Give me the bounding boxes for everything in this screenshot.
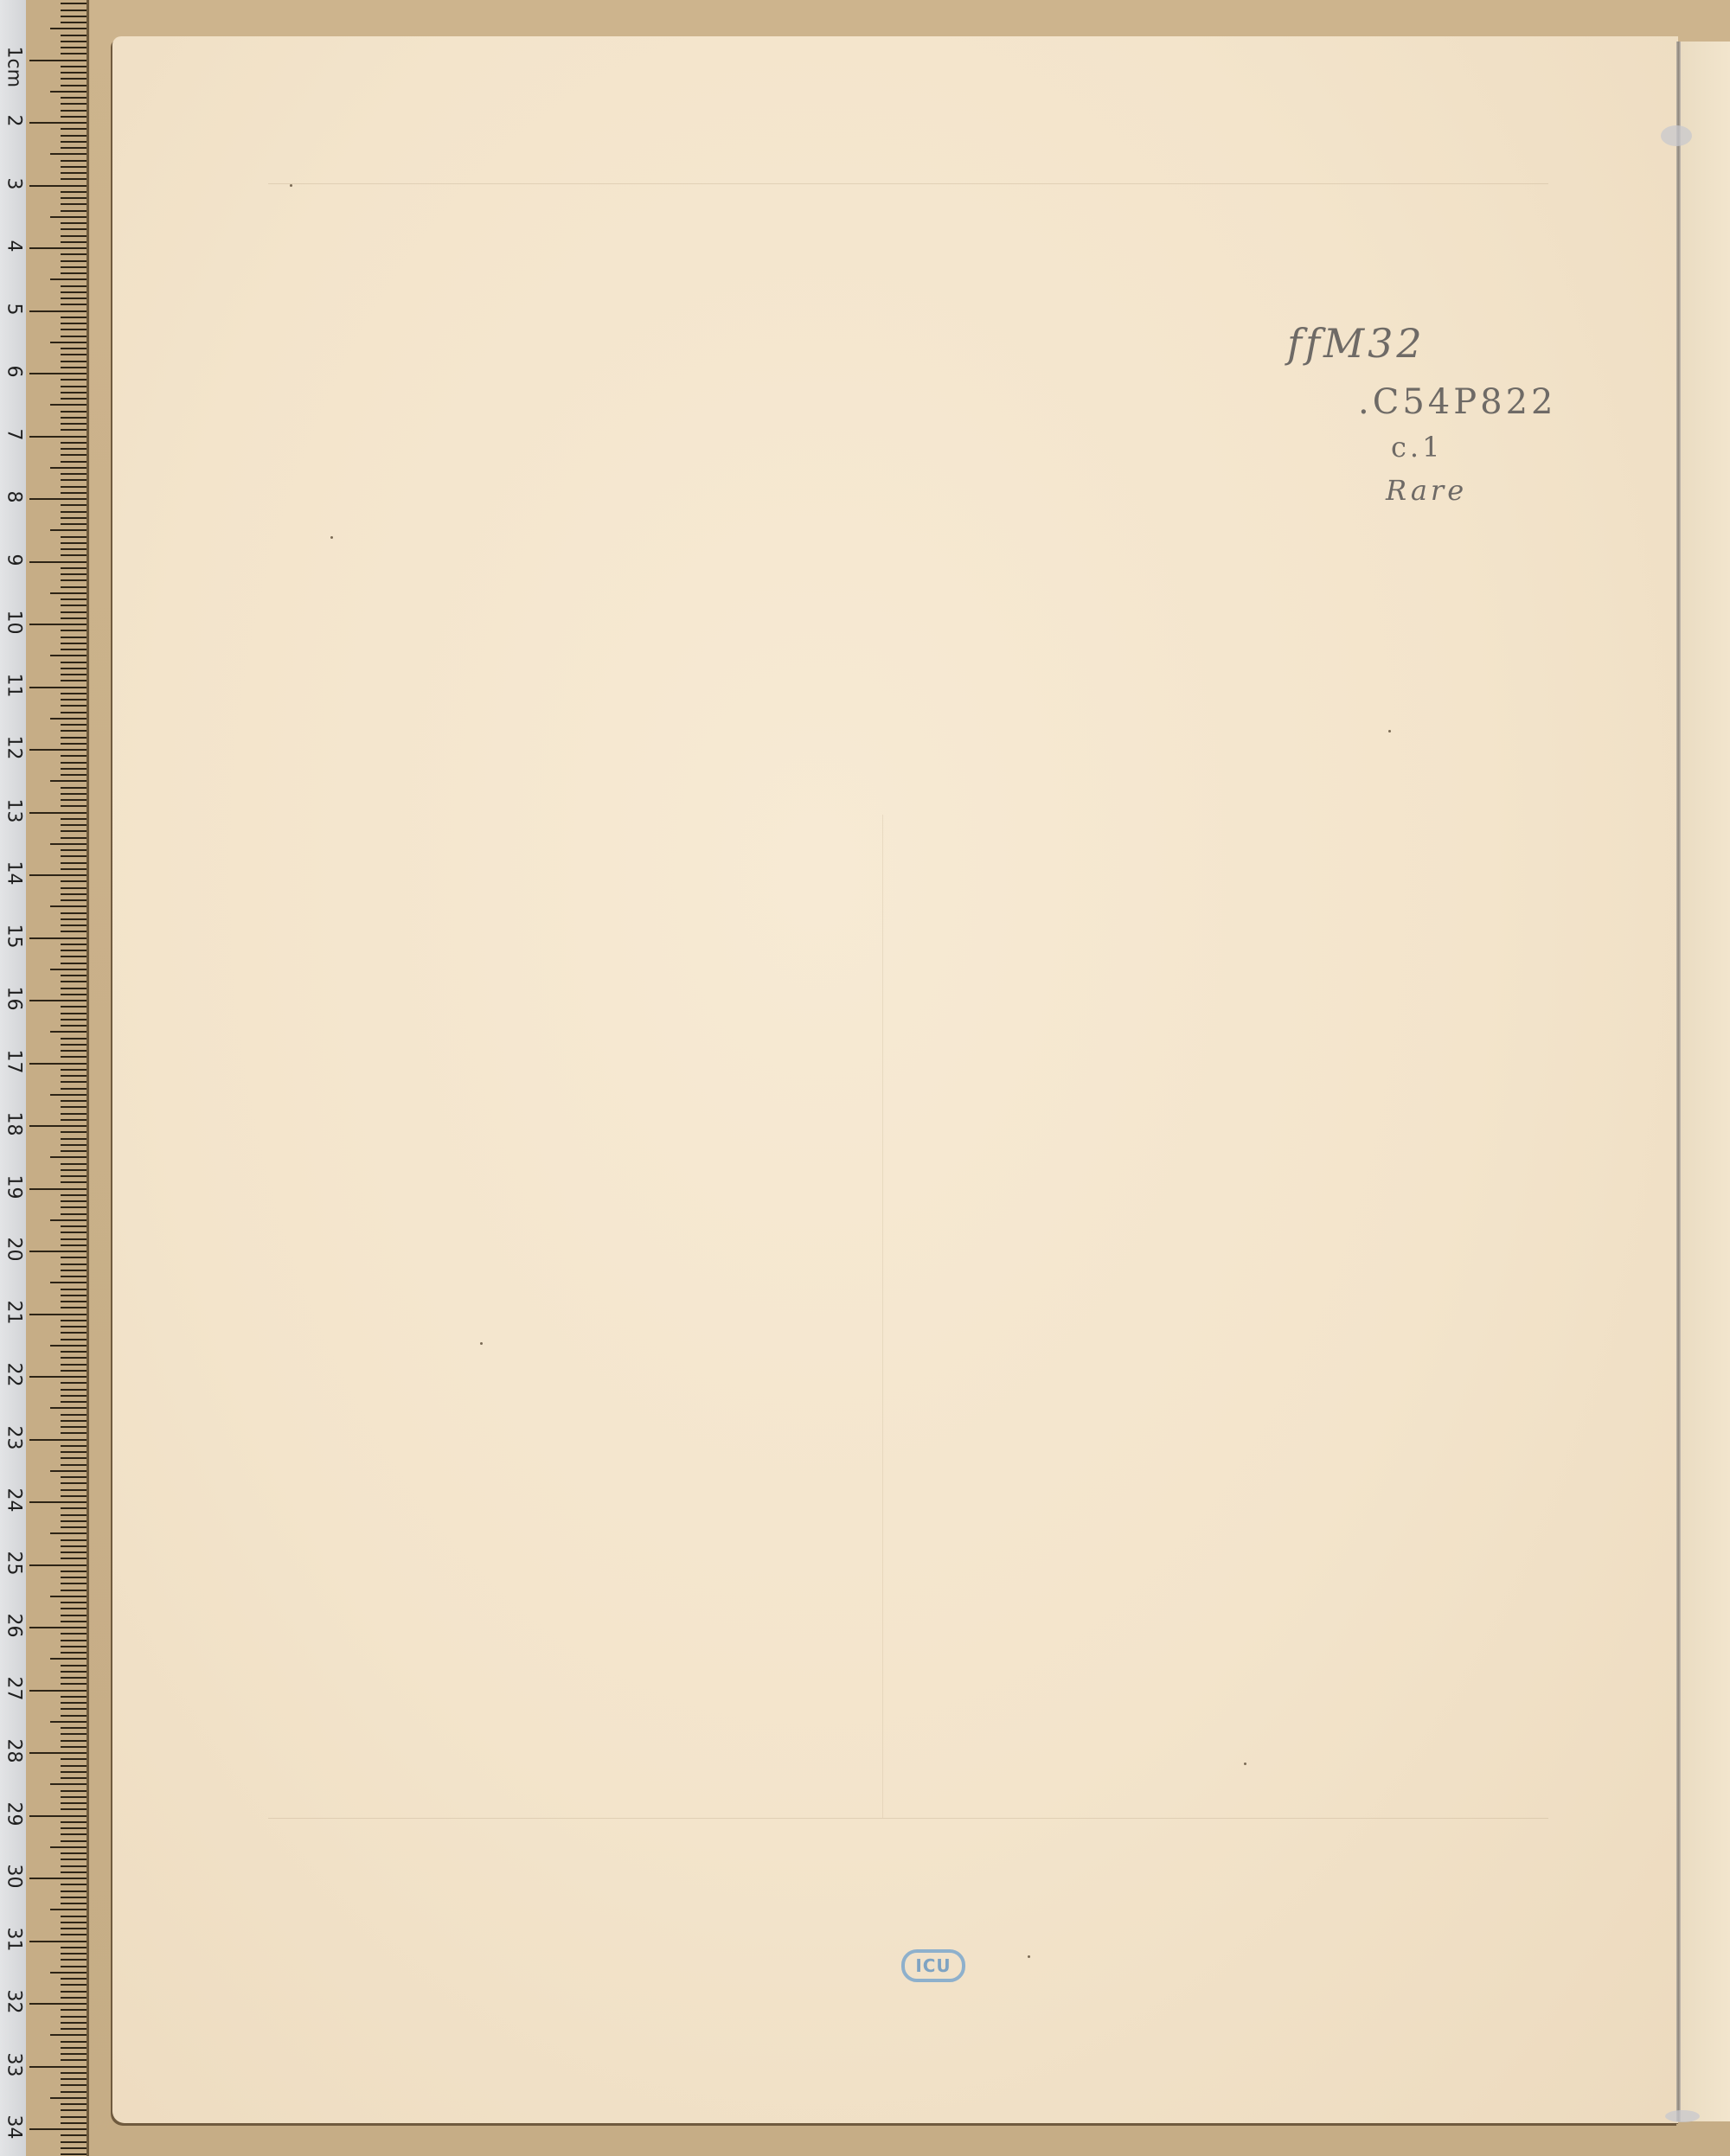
ruler-tick (61, 1897, 86, 1898)
ruler-tick (61, 2147, 86, 2149)
ruler-tick (61, 1771, 86, 1773)
copy-number: c.1 (1391, 431, 1443, 464)
ruler-tick (29, 1752, 86, 1754)
ruler-tick (29, 1878, 86, 1879)
paper-speck (1388, 730, 1391, 733)
ruler-tick (61, 1984, 86, 1986)
ruler-tick (61, 2116, 86, 2118)
ruler-tick (61, 1006, 86, 1008)
ruler-tick (61, 598, 86, 600)
ruler-cm-label: 12 (3, 736, 25, 760)
ruler-tick (61, 918, 86, 920)
ruler-tick (61, 1615, 86, 1616)
ruler-tick (61, 1426, 86, 1428)
ruler-tick (61, 354, 86, 355)
ruler-tick (29, 1063, 86, 1065)
ruler-tick (61, 317, 86, 318)
ruler-tick (61, 1884, 86, 1885)
ruler-tick (61, 1364, 86, 1366)
ruler-tick (50, 342, 86, 343)
ruler-tick (61, 1708, 86, 1710)
ruler-tick (50, 1532, 86, 1534)
ruler-tick (61, 1382, 86, 1384)
ruler-tick (61, 41, 86, 42)
ruler-tick (61, 1050, 86, 1052)
ruler-edge (86, 0, 89, 2156)
ruler-tick (50, 1031, 86, 1033)
ruler-tick (61, 887, 86, 889)
ruler-tick (50, 1345, 86, 1347)
ruler-tick (61, 2028, 86, 2030)
ruler-tick (61, 2059, 86, 2061)
ruler-tick (61, 1457, 86, 1459)
ruler-tick (61, 1865, 86, 1867)
ruler-tick (29, 874, 86, 876)
paper-speck (290, 184, 292, 187)
ruler-tick (61, 818, 86, 820)
ruler-tick (61, 1351, 86, 1353)
ruler-tick (61, 611, 86, 613)
ruler-tick (61, 147, 86, 149)
ruler-tick (50, 91, 86, 93)
ruler-tick (61, 1257, 86, 1258)
ruler-tick (50, 1909, 86, 1910)
ruler-tick (61, 1289, 86, 1290)
ruler-tick (61, 542, 86, 544)
ruler-tick (61, 1821, 86, 1823)
ruler-cm-label: 11 (3, 673, 25, 697)
ruler-tick (29, 687, 86, 688)
ruler-tick (61, 662, 86, 663)
ruler-tick (61, 849, 86, 851)
ruler-cm-label: 15 (3, 924, 25, 948)
ruler-tick (61, 291, 86, 293)
ruler-tick (61, 893, 86, 895)
ruler-tick (61, 586, 86, 588)
ruler-tick (61, 1025, 86, 1027)
ruler-tick (61, 762, 86, 764)
ruler-tick (61, 799, 86, 801)
ruler-tick (61, 1507, 86, 1509)
ruler-tick (50, 1596, 86, 1597)
ruler-tick (61, 1545, 86, 1547)
ruler-tick (29, 436, 86, 438)
ruler-tick (61, 253, 86, 255)
ruler-tick (61, 956, 86, 957)
ruler-tick (61, 1959, 86, 1961)
ruler-tick (29, 2066, 86, 2068)
ruler-tick (61, 1163, 86, 1165)
ruler-tick (61, 1558, 86, 1559)
ruler-tick (29, 561, 86, 563)
ruler-tick (50, 655, 86, 656)
ruler-tick (61, 1113, 86, 1115)
ruler-cm-label: 34 (3, 2115, 25, 2140)
ruler-tick (50, 1219, 86, 1221)
ruler-tick (61, 1808, 86, 1810)
ruler-tick (50, 467, 86, 469)
bleed-through-column-line (882, 815, 883, 1818)
ruler-tick (61, 166, 86, 168)
ruler-tick (61, 411, 86, 413)
ruler-tick (61, 1633, 86, 1635)
ruler-tick (29, 1125, 86, 1127)
ruler-tick (61, 141, 86, 143)
ruler-tick (61, 573, 86, 575)
ruler-tick (61, 479, 86, 481)
ruler-tick (61, 85, 86, 86)
adjacent-leaf (1681, 42, 1730, 2121)
ruler-tick (50, 780, 86, 782)
ruler-tick (61, 988, 86, 989)
ruler-tick (29, 1188, 86, 1190)
ruler-cm-label: 16 (3, 987, 25, 1011)
ruler-tick (50, 2097, 86, 2099)
ruler-tick (61, 1602, 86, 1603)
ruler-tick (61, 1357, 86, 1359)
ruler-tick (61, 160, 86, 162)
ruler-tick (61, 2134, 86, 2136)
ruler-tick (61, 649, 86, 650)
ruler-tick (29, 1690, 86, 1692)
ruler-tick (61, 1583, 86, 1584)
ruler-tick (61, 285, 86, 287)
ruler-tick (61, 554, 86, 556)
ruler-tick (61, 1175, 86, 1177)
ruler-tick (29, 185, 86, 187)
ruler-tick (61, 1206, 86, 1208)
ruler-tick (61, 1169, 86, 1171)
ruler-tick (61, 743, 86, 745)
ruler-tick (61, 1859, 86, 1860)
ruler-tick (61, 981, 86, 982)
ruler-cm-label: 18 (3, 1112, 25, 1136)
ruler-tick (50, 1721, 86, 1723)
ruler-tick (50, 2034, 86, 2036)
ruler-cm-label: 3 (3, 171, 25, 195)
ruler-tick (61, 523, 86, 525)
ruler-tick (61, 1702, 86, 1704)
ruler-tick (61, 22, 86, 23)
ruler-cm-label: 14 (3, 861, 25, 886)
bleed-through-rule (268, 1818, 1548, 1819)
bleed-through-rule (268, 183, 1548, 184)
ruler-tick (61, 868, 86, 870)
ruler-tick (29, 60, 86, 61)
ruler-tick (29, 310, 86, 312)
ruler-tick (50, 404, 86, 406)
ruler-tick (61, 755, 86, 757)
ruler-tick (61, 35, 86, 36)
ruler-tick (61, 805, 86, 807)
ruler-tick (61, 2072, 86, 2074)
ruler-cm-label: 25 (3, 1551, 25, 1575)
ruler-tick (61, 768, 86, 770)
ruler-tick (61, 1088, 86, 1090)
ruler-tick (61, 1013, 86, 1014)
paper-speck (1244, 1763, 1246, 1765)
ruler-tick (50, 718, 86, 720)
ruler-tick (61, 793, 86, 795)
ruler-tick (61, 323, 86, 324)
ruler-tick (50, 153, 86, 155)
ruler-tick (61, 1389, 86, 1391)
ruler-tick (61, 1232, 86, 1233)
ruler-tick (61, 1320, 86, 1321)
ruler-tick (29, 247, 86, 249)
ruler-tick (29, 1815, 86, 1817)
ruler-tick (61, 1997, 86, 1999)
ruler-tick (50, 1282, 86, 1283)
ruler-cm-label: 2 (3, 109, 25, 133)
ruler-tick (61, 10, 86, 11)
ruler-tick (61, 417, 86, 419)
ruler-tick (61, 1802, 86, 1804)
ruler-tick (61, 1339, 86, 1340)
ruler-tick (61, 931, 86, 932)
ruler-tick (61, 1200, 86, 1202)
ruler-tick (61, 386, 86, 387)
ruler-tick (61, 1646, 86, 1647)
ruler-tick (61, 975, 86, 976)
ruler-tick (61, 1106, 86, 1108)
ruler-tick (61, 1514, 86, 1516)
ruler-tick (50, 28, 86, 29)
ruler-tick (61, 379, 86, 381)
ruler-tick (50, 843, 86, 845)
ruler-cm-label: 30 (3, 1865, 25, 1889)
ruler-tick (61, 66, 86, 67)
ruler-cm-label: 19 (3, 1174, 25, 1199)
binding-tear (1661, 125, 1692, 146)
ruler-tick (61, 1727, 86, 1729)
ruler-tick (61, 1420, 86, 1422)
ruler-tick (61, 1264, 86, 1265)
ruler-tick (61, 197, 86, 199)
ruler-tick (61, 392, 86, 393)
ruler-tick (29, 498, 86, 500)
ruler-tick (29, 1000, 86, 1001)
ruler-tick (61, 429, 86, 431)
ruler-tick (61, 1301, 86, 1302)
ruler-tick (50, 1658, 86, 1660)
ruler-cm-label: 33 (3, 2052, 25, 2076)
ruler-tick (61, 135, 86, 137)
ruler-tick (61, 1652, 86, 1654)
ruler-tick (61, 1075, 86, 1077)
ruler-tick (61, 511, 86, 513)
ruler-tick (61, 297, 86, 299)
ruler-tick (61, 1916, 86, 1917)
ruler-tick (61, 548, 86, 550)
ruler-tick (61, 1213, 86, 1215)
ruler-cm-label: 28 (3, 1739, 25, 1763)
ruler-tick (61, 1922, 86, 1923)
ruler-tick (61, 2016, 86, 2018)
ruler-tick (29, 373, 86, 374)
ruler-tick (61, 1482, 86, 1484)
ruler-tick (61, 442, 86, 444)
ruler-tick (61, 1276, 86, 1277)
ruler-tick (61, 1671, 86, 1673)
ruler-tick (61, 1827, 86, 1829)
ruler-tick (61, 398, 86, 400)
ruler-tick (61, 862, 86, 864)
ruler-cm-label: 24 (3, 1488, 25, 1513)
ruler-tick (61, 454, 86, 456)
ruler-tick (61, 1432, 86, 1434)
ruler-tick (61, 16, 86, 17)
ruler-tick (61, 880, 86, 882)
ruler-tick (61, 1119, 86, 1121)
ruler-tick (29, 2003, 86, 2005)
ruler-tick (50, 1156, 86, 1158)
ruler-tick (61, 329, 86, 330)
ruler-cm-label: 4 (3, 234, 25, 259)
ruler-tick (61, 1238, 86, 1240)
ruler-tick (61, 1401, 86, 1403)
ruler-tick (61, 837, 86, 839)
ruler-tick (61, 1947, 86, 1948)
ruler-tick (61, 110, 86, 112)
ruler-tick (61, 680, 86, 681)
ruler-cm-label: 27 (3, 1676, 25, 1700)
ruler-tick (61, 637, 86, 638)
ruler-tick (61, 1131, 86, 1133)
ruler-tick (61, 361, 86, 362)
ruler-tick (61, 605, 86, 606)
ruler-cm-label: 20 (3, 1238, 25, 1262)
ruler-tick (29, 122, 86, 124)
ruler-tick (61, 2103, 86, 2105)
ruler-tick (61, 617, 86, 619)
ruler-tick (50, 278, 86, 280)
ruler-tick (61, 730, 86, 732)
ruler-tick (61, 1326, 86, 1328)
centimeter-ruler: 01cm234567891011121314151617181920212223… (0, 0, 90, 2156)
ruler-cm-label: 31 (3, 1927, 25, 1951)
ruler-tick (61, 128, 86, 130)
ruler-tick (61, 579, 86, 581)
ruler-tick (61, 1928, 86, 1929)
ruler-tick (50, 905, 86, 907)
ruler-tick (61, 737, 86, 739)
ruler-tick (61, 1991, 86, 1993)
ruler-tick (61, 963, 86, 964)
ruler-tick (61, 103, 86, 105)
ruler-tick (61, 1081, 86, 1083)
ruler-tick (61, 461, 86, 463)
ruler-tick (61, 116, 86, 118)
ruler-tick (50, 1783, 86, 1785)
ruler-tick (61, 1244, 86, 1246)
ruler-tick (61, 830, 86, 832)
ruler-tick (29, 1941, 86, 1942)
ruler-tick (61, 1520, 86, 1522)
ruler-cm-label: 21 (3, 1300, 25, 1324)
ruler-tick (61, 1665, 86, 1667)
ruler-tick (61, 47, 86, 48)
ruler-tick (61, 1621, 86, 1622)
ruler-tick (61, 1038, 86, 1040)
ruler-tick (61, 944, 86, 945)
ruler-tick (50, 1094, 86, 1096)
ruler-tick (61, 712, 86, 713)
ruler-tick (61, 72, 86, 74)
ruler-tick (61, 2153, 86, 2155)
ruler-tick (61, 950, 86, 951)
ruler-tick (61, 1194, 86, 1196)
ruler-tick (61, 210, 86, 212)
ruler-tick (61, 724, 86, 726)
ruler-tick (61, 1777, 86, 1779)
ruler-tick (61, 567, 86, 569)
ruler-tick (29, 1627, 86, 1628)
ruler-tick (61, 824, 86, 826)
ruler-label-strip (0, 0, 26, 2156)
ruler-tick (61, 2041, 86, 2043)
ruler-tick (61, 1451, 86, 1453)
ruler-tick (50, 216, 86, 218)
ruler-cm-label: 0 (3, 0, 25, 8)
ruler-tick (61, 2053, 86, 2055)
ruler-tick (61, 448, 86, 450)
ruler-tick (61, 1476, 86, 1478)
ruler-tick (29, 1501, 86, 1503)
ruler-tick (61, 912, 86, 914)
paper-speck (1028, 1955, 1030, 1958)
ruler-tick (61, 228, 86, 230)
ruler-tick (61, 1526, 86, 1528)
ruler-cm-label: 26 (3, 1614, 25, 1638)
paper-speck (330, 536, 333, 539)
ruler-tick (61, 1852, 86, 1854)
ruler-tick (61, 1056, 86, 1058)
ruler-tick (61, 1677, 86, 1679)
ruler-tick (61, 1608, 86, 1609)
ruler-tick (61, 336, 86, 337)
ruler-tick (61, 2022, 86, 2024)
ruler-tick (61, 2141, 86, 2143)
ruler-cm-label: 13 (3, 798, 25, 822)
ruler-tick (61, 1577, 86, 1578)
ruler-tick (61, 178, 86, 180)
ruler-tick (61, 1934, 86, 1935)
book-page (112, 36, 1678, 2123)
ruler-tick (61, 1144, 86, 1146)
ruler-cm-label: 5 (3, 297, 25, 321)
ruler-tick (61, 1539, 86, 1541)
ruler-tick (61, 367, 86, 368)
ruler-tick (61, 235, 86, 237)
ruler-tick (61, 517, 86, 519)
ruler-tick (61, 2109, 86, 2111)
ruler-tick (61, 1395, 86, 1397)
ruler-tick (61, 2078, 86, 2080)
ruler-tick (61, 1138, 86, 1140)
ruler-tick (61, 2047, 86, 2049)
ruler-tick (61, 1746, 86, 1748)
ruler-tick (61, 1871, 86, 1873)
ruler-tick (61, 266, 86, 268)
ruler-tick (61, 2091, 86, 2093)
collection-note: Rare (1386, 474, 1467, 507)
ruler-tick (61, 1150, 86, 1152)
ruler-tick (61, 1370, 86, 1372)
ruler-tick (61, 1571, 86, 1572)
ruler-tick (61, 1332, 86, 1334)
ruler-tick (61, 3, 86, 4)
